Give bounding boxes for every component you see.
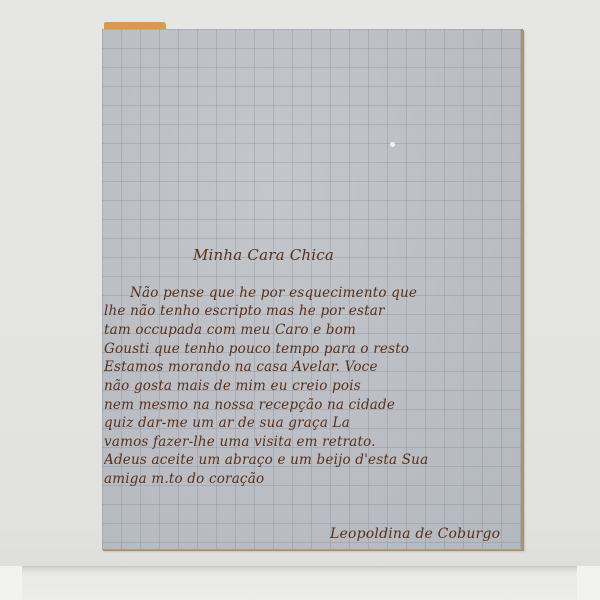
letter-signature: Leopoldina de Coburgo — [330, 526, 500, 542]
letter-line: Gousti que tenho pouco tempo para o rest… — [104, 341, 529, 357]
letter-line: quiz dar-me um ar de sua graça La — [104, 415, 529, 431]
letter-line: nem mesmo na nossa recepção na cidade — [104, 397, 529, 413]
letter-line: vamos fazer-lhe uma visita em retrato. — [104, 434, 529, 450]
letter-line: tam occupada com meu Caro e bom — [104, 322, 529, 338]
paper-hole — [390, 142, 395, 147]
mount-edge-right — [577, 566, 600, 600]
letter-line: lhe não tenho escripto mas he por estar — [104, 303, 529, 319]
letter-line: Não pense que he por esquecimento que — [130, 285, 555, 301]
letter-line: Estamos morando na casa Avelar. Voce — [104, 359, 529, 375]
display-shelf — [22, 566, 577, 600]
mount-edge-left — [0, 566, 22, 600]
letter-line: Adeus aceite um abraço e um beijo d'esta… — [104, 452, 529, 468]
letter-line: amiga m.to do coração — [104, 471, 529, 487]
letter-salutation: Minha Cara Chica — [193, 246, 334, 264]
letter-line: não gosta mais de mim eu creio pois — [104, 378, 529, 394]
